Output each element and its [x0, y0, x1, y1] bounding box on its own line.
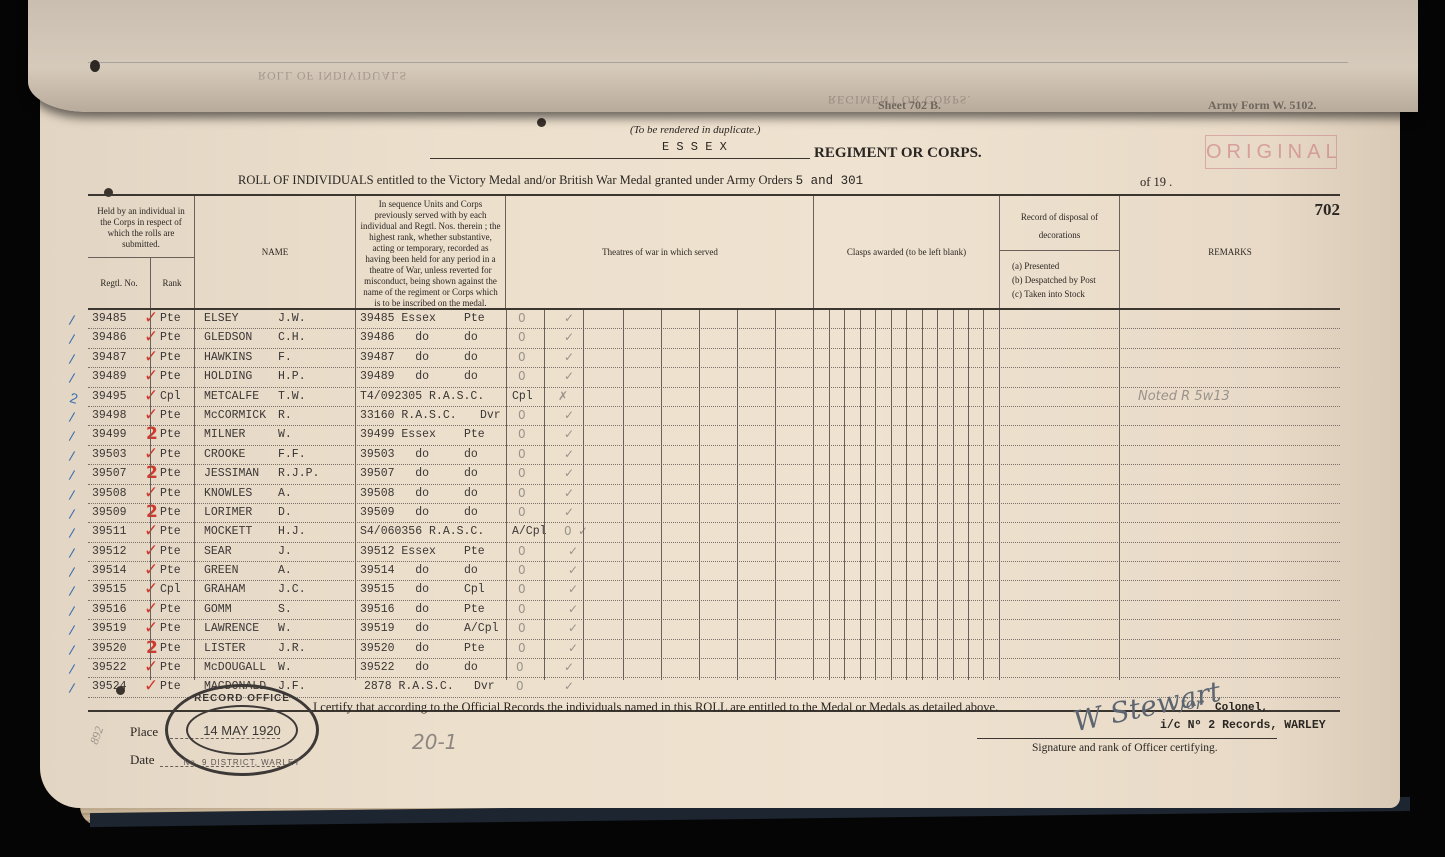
initials: F.F. [278, 446, 306, 464]
pencil-mark: 0 [518, 350, 526, 364]
disposal-option-a: (a) Presented [1012, 259, 1107, 273]
unit-rank: do [464, 485, 478, 503]
unit-served: 39508 do [360, 485, 429, 503]
stamp-date: 14 MAY 1920 [168, 723, 316, 738]
table-row: /394992PteMILNERW.39499 EssexPte0✓ [88, 426, 1340, 445]
surname: McDOUGALL [204, 659, 266, 677]
initials: H.J. [278, 523, 306, 541]
regtl-no: 39486 [92, 329, 127, 347]
remarks-header: REMARKS 702 [1120, 196, 1340, 308]
rank: Cpl [160, 388, 181, 406]
grid-line [891, 310, 892, 680]
surname: SEAR [204, 543, 232, 561]
regtl-no-header: Regtl. No. [88, 258, 151, 308]
previous-page-overlay: ROLL OF INDIVIDUALS REGIMENT OR CORPS. S… [28, 0, 1418, 112]
unit-rank: Cpl [512, 388, 533, 406]
grid-line [999, 310, 1000, 680]
regtl-no: 39507 [92, 465, 127, 483]
grid-line [937, 310, 938, 680]
red-check-icon: ✓ [144, 599, 158, 619]
surname: McCORMICK [204, 407, 266, 425]
unit-rank: Pte [464, 310, 485, 328]
table-header: Held by an individual in the Corps in re… [88, 196, 1340, 310]
of-year: of 19 . [1140, 175, 1172, 190]
grid-line [906, 310, 907, 680]
stamp-top-text: RECORD OFFICE [168, 693, 316, 704]
grid-line [699, 310, 700, 680]
regtl-no: 39498 [92, 407, 127, 425]
signature-line [977, 738, 1277, 739]
rank: Pte [160, 543, 181, 561]
unit-rank: Pte [464, 426, 485, 444]
regtl-no: 39519 [92, 620, 127, 638]
regtl-no: 39514 [92, 562, 127, 580]
table-row: /395072PteJESSIMANR.J.P.39507 dodo0✓ [88, 465, 1340, 484]
unit-served: 39519 do [360, 620, 429, 638]
surname: MILNER [204, 426, 245, 444]
initials: C.H. [278, 329, 306, 347]
form-label: Army Form W. 5102. [1208, 98, 1316, 113]
roll-title-prefix: ROLL OF INDIVIDUALS [238, 173, 374, 187]
grid-line [983, 310, 984, 680]
unit-served: 39512 Essex [360, 543, 436, 561]
stamp-bottom-text: No. 9 DISTRICT, WARLEY [168, 758, 316, 767]
pencil-mark: 0 [518, 621, 526, 635]
regtl-no: 39516 [92, 601, 127, 619]
table-row: /39519✓PteLAWRENCEW.39519 doA/Cpl0✓ [88, 620, 1340, 639]
table-row: /39522✓PteMcDOUGALLW.39522 dodo0✓ [88, 659, 1340, 678]
surname: GLEDSON [204, 329, 252, 347]
initials: W. [278, 426, 292, 444]
table-row: /39485✓PteELSEYJ.W.39485 EssexPte0✓ [88, 310, 1340, 329]
duplicate-note: (To be rendered in duplicate.) [630, 124, 760, 136]
unit-served: T4/092305 R.A.S.C. [360, 388, 484, 406]
rank: Pte [160, 446, 181, 464]
pencil-mark: 0 [518, 311, 526, 325]
unit-rank: do [464, 465, 478, 483]
grid-line [506, 310, 507, 680]
rank-header: Rank [150, 258, 194, 308]
name-header: NAME [195, 196, 356, 308]
initials: W. [278, 620, 292, 638]
regtl-no: 39522 [92, 659, 127, 677]
rank: Pte [160, 523, 181, 541]
date-label: Date [130, 752, 155, 768]
table-row: /39503✓PteCROOKEF.F.39503 dodo0✓ [88, 446, 1340, 465]
sheet-label: Sheet 702 B. [878, 98, 941, 113]
theatres-label: Theatres of war in which served [507, 196, 813, 308]
rank: Pte [160, 329, 181, 347]
regtl-no: 39503 [92, 446, 127, 464]
surname: LORIMER [204, 504, 252, 522]
name-label: NAME [195, 196, 355, 308]
rank: Pte [160, 620, 181, 638]
rank: Pte [160, 368, 181, 386]
red-check-icon: ✓ [144, 483, 158, 503]
red-check-icon: ✓ [144, 657, 158, 677]
unit-served: 39520 do [360, 640, 429, 658]
check-mark-icon: ✓ [564, 330, 574, 344]
initials: J. [278, 543, 292, 561]
rank: Pte [160, 640, 181, 658]
grid-line [813, 310, 814, 680]
table-row: /39508✓PteKNOWLESA.39508 dodo0✓ [88, 485, 1340, 504]
pencil-mark: 0 [564, 524, 572, 538]
pencil-mark: 0 [518, 408, 526, 422]
unit-rank: Pte [464, 640, 485, 658]
regtl-no: 39485 [92, 310, 127, 328]
red-check-icon: ✓ [144, 618, 158, 638]
original-stamp: ORIGINAL [1205, 135, 1337, 169]
unit-served: 39489 do [360, 368, 429, 386]
unit-served: S4/060356 R.A.S.C. [360, 523, 484, 541]
grid-line [875, 310, 876, 680]
regtl-no: 39515 [92, 581, 127, 599]
rank: Pte [160, 504, 181, 522]
unit-rank: Dvr [480, 407, 501, 425]
surname: METCALFE [204, 388, 259, 406]
pencil-mark: 0 [518, 486, 526, 500]
red-check-icon: ✓ [144, 521, 158, 541]
pencil-mark: 0 [518, 369, 526, 383]
unit-rank: do [464, 504, 478, 522]
table-row: /39487✓PteHAWKINSF.39487 dodo0✓ [88, 349, 1340, 368]
disposal-option-c: (c) Taken into Stock [1012, 287, 1107, 301]
unit-served: 39522 do [360, 659, 429, 677]
red-check-icon: ✓ [144, 327, 158, 347]
rank: Pte [160, 310, 181, 328]
initials: S. [278, 601, 292, 619]
surname: LISTER [204, 640, 245, 658]
surname: CROOKE [204, 446, 245, 464]
initials: J.R. [278, 640, 306, 658]
table-row: /395092PteLORIMERD.39509 dodo0✓ [88, 504, 1340, 523]
regiment-underline [430, 158, 810, 159]
regtl-no: 39495 [92, 388, 127, 406]
certification-text: I certify that according to the Official… [313, 700, 998, 715]
check-mark-icon: ✓ [568, 544, 578, 558]
initials: W. [278, 659, 292, 677]
army-orders: 5 and 301 [796, 174, 864, 188]
grid-line [355, 310, 356, 680]
unit-served: 39507 do [360, 465, 429, 483]
roll-title-body: entitled to the Victory Medal and/or Bri… [377, 173, 793, 187]
unit-served: 39516 do [360, 601, 429, 619]
table-row: /39516✓PteGOMMS.39516 doPte0✓ [88, 601, 1340, 620]
pencil-mark: 0 [518, 544, 526, 558]
unit-rank: do [464, 329, 478, 347]
grid-line [623, 310, 624, 680]
table-row: /39515✓CplGRAHAMJ.C.39515 doCpl0✓ [88, 581, 1340, 600]
table-row: /39514✓PteGREENA.39514 dodo0✓ [88, 562, 1340, 581]
unit-served: 2878 R.A.S.C. [364, 678, 454, 696]
regtl-no: 39508 [92, 485, 127, 503]
check-mark-icon: ✓ [568, 563, 578, 577]
check-mark-icon: ✓ [564, 408, 574, 422]
red-check-icon: ✓ [144, 579, 158, 599]
unit-rank: A/Cpl [512, 523, 547, 541]
regtl-no: 39524 [92, 678, 127, 696]
theatres-header: Theatres of war in which served [507, 196, 814, 308]
remarks-label: REMARKS [1120, 196, 1340, 308]
units-header: In sequence Units and Corps previously s… [356, 196, 506, 308]
punch-hole-icon [90, 60, 100, 72]
pencil-mark: 0 [518, 505, 526, 519]
unit-served: 39509 do [360, 504, 429, 522]
surname: GREEN [204, 562, 239, 580]
red-check-icon: ✓ [144, 444, 158, 464]
punch-hole-icon [537, 118, 546, 127]
regiment-name: E S S E X [662, 140, 727, 154]
rank-label: Rank [150, 258, 194, 308]
red-check-icon: ✓ [144, 386, 158, 406]
regtl-no: 39487 [92, 349, 127, 367]
grid-line [829, 310, 830, 680]
grid-line [968, 310, 969, 680]
unit-served: 39515 do [360, 581, 429, 599]
red-check-icon: ✓ [144, 366, 158, 386]
grid-line [953, 310, 954, 680]
pencil-mark: 0 [518, 427, 526, 441]
surname: LAWRENCE [204, 620, 259, 638]
unit-served: 39485 Essex [360, 310, 436, 328]
unit-rank: Cpl [464, 581, 485, 599]
surname: HAWKINS [204, 349, 252, 367]
held-by-text: Held by an individual in the Corps in re… [88, 196, 194, 258]
table-row: /39498✓PteMcCORMICKR.33160 R.A.S.C.Dvr0✓ [88, 407, 1340, 426]
regtl-no: 39509 [92, 504, 127, 522]
grid-line [150, 310, 151, 680]
initials: J.C. [278, 581, 306, 599]
unit-served: 39499 Essex [360, 426, 436, 444]
place-label: Place [130, 724, 158, 740]
disposal-header: Record of disposal of decorations (a) Pr… [1000, 196, 1120, 308]
check-mark-icon: ✓ [568, 582, 578, 596]
signature-caption: Signature and rank of Officer certifying… [1032, 742, 1218, 754]
regtl-no: 39512 [92, 543, 127, 561]
pencil-mark: 0 [518, 641, 526, 655]
red-mark: 2 [146, 463, 158, 483]
red-check-icon: ✓ [144, 676, 158, 696]
red-check-icon: ✓ [144, 560, 158, 580]
clasps-label: Clasps awarded (to be left blank) [814, 196, 999, 308]
unit-rank: do [464, 368, 478, 386]
held-by-header: Held by an individual in the Corps in re… [88, 196, 195, 308]
grid-line [860, 310, 861, 680]
check-mark-icon: ✓ [568, 602, 578, 616]
regtl-no: 39489 [92, 368, 127, 386]
grid-line [775, 310, 776, 680]
cross-mark-icon: ✗ [558, 389, 568, 403]
grid-line [583, 310, 584, 680]
rank: Pte [160, 485, 181, 503]
check-mark-icon: ✓ [564, 660, 574, 674]
initials: R.J.P. [278, 465, 319, 483]
pencil-mark: 0 [518, 602, 526, 616]
table-body: /39485✓PteELSEYJ.W.39485 EssexPte0✓ /394… [88, 310, 1340, 698]
surname: MOCKETT [204, 523, 252, 541]
surname: GOMM [204, 601, 232, 619]
surname: ELSEY [204, 310, 239, 328]
regtl-no: 39511 [92, 523, 127, 541]
unit-served: 39503 do [360, 446, 429, 464]
table-row: /39511✓PteMOCKETTH.J.S4/060356 R.A.S.C.A… [88, 523, 1340, 542]
unit-rank: A/Cpl [464, 620, 499, 638]
unit-rank: do [464, 659, 478, 677]
check-mark-icon: ✓ [564, 486, 574, 500]
unit-rank: do [464, 446, 478, 464]
officer-rank: Colonel, [1215, 702, 1268, 714]
grid-line [737, 310, 738, 680]
rank: Cpl [160, 581, 181, 599]
rank: Pte [160, 659, 181, 677]
unit-rank: do [464, 349, 478, 367]
roll-table: Held by an individual in the Corps in re… [88, 194, 1340, 712]
page-number: 702 [1315, 204, 1341, 215]
disposal-option-b: (b) Despatched by Post [1012, 273, 1107, 287]
check-mark-icon: ✓ [564, 466, 574, 480]
officer-unit: i/c Nº 2 Records, WARLEY [1160, 719, 1326, 732]
initials: D. [278, 504, 292, 522]
table-row: /395202PteLISTERJ.R.39520 doPte0✓ [88, 640, 1340, 659]
pencil-mark: 0 [518, 330, 526, 344]
table-row: /39512✓PteSEARJ.39512 EssexPte0✓ [88, 543, 1340, 562]
roll-title: ROLL OF INDIVIDUALS entitled to the Vict… [238, 173, 863, 188]
previous-page-rule [88, 62, 1348, 63]
red-mark: 2 [146, 502, 158, 522]
red-check-icon: ✓ [144, 405, 158, 425]
rank: Pte [160, 407, 181, 425]
rank: Pte [160, 562, 181, 580]
regtl-no-label: Regtl. No. [88, 258, 150, 308]
table-row: /39489✓PteHOLDINGH.P.39489 dodo0✓ [88, 368, 1340, 387]
grid-line [544, 310, 545, 680]
pencil-mark: 0 [518, 582, 526, 596]
unit-rank: Pte [464, 543, 485, 561]
unit-rank: Dvr [474, 678, 495, 696]
pencil-mark: 0 [516, 660, 524, 674]
rank: Pte [160, 349, 181, 367]
check-mark-icon: ✓ [564, 679, 574, 693]
table-row: 239495✓CplMETCALFET.W.T4/092305 R.A.S.C.… [88, 388, 1340, 407]
grid-line [844, 310, 845, 680]
red-check-icon: ✓ [144, 347, 158, 367]
initials: A. [278, 562, 292, 580]
check-mark-icon: ✓ [564, 311, 574, 325]
grid-line [922, 310, 923, 680]
check-mark-icon: ✓ [564, 350, 574, 364]
grid-line [661, 310, 662, 680]
pencil-mark: 0 [518, 466, 526, 480]
regiment-suffix: REGIMENT OR CORPS. [814, 145, 982, 162]
disposal-title: Record of disposal of decorations [1000, 196, 1119, 251]
pencil-mark: 0 [516, 679, 524, 693]
unit-served: 39487 do [360, 349, 429, 367]
unit-served: 39514 do [360, 562, 429, 580]
rank: Pte [160, 601, 181, 619]
regtl-no: 39520 [92, 640, 127, 658]
unit-served: 39486 do [360, 329, 429, 347]
grid-line [194, 310, 195, 680]
check-mark-icon: ✓ [564, 427, 574, 441]
initials: T.W. [278, 388, 306, 406]
unit-served: 33160 R.A.S.C. [360, 407, 457, 425]
regtl-no: 39499 [92, 426, 127, 444]
initials: F. [278, 349, 292, 367]
check-mark-icon: ✓ [568, 621, 578, 635]
grid-line [1119, 310, 1120, 680]
red-mark: 2 [146, 424, 158, 444]
record-office-stamp: RECORD OFFICE 14 MAY 1920 No. 9 DISTRICT… [165, 684, 319, 776]
clasps-header: Clasps awarded (to be left blank) [814, 196, 1000, 308]
red-check-icon: ✓ [144, 308, 158, 328]
surname: JESSIMAN [204, 465, 259, 483]
surname: GRAHAM [204, 581, 245, 599]
unit-rank: Pte [464, 601, 485, 619]
table-row: /39486✓PteGLEDSONC.H.39486 dodo0✓ [88, 329, 1340, 348]
initials: H.P. [278, 368, 306, 386]
initials: A. [278, 485, 292, 503]
remark-text: Noted R 5w13 [1138, 389, 1230, 404]
red-mark: 2 [146, 638, 158, 658]
initials: J.W. [278, 310, 306, 328]
check-mark-icon: ✓ [564, 505, 574, 519]
unit-rank: do [464, 562, 478, 580]
pencil-mark: 0 [518, 563, 526, 577]
check-mark-icon: ✓ [564, 369, 574, 383]
for-mark: for [1180, 694, 1203, 713]
previous-page-ghost-text: ROLL OF INDIVIDUALS [258, 68, 407, 83]
surname: KNOWLES [204, 485, 252, 503]
check-mark-icon: ✓ [568, 641, 578, 655]
surname: HOLDING [204, 368, 252, 386]
pencil-mark: 0 [518, 447, 526, 461]
initials: R. [278, 407, 292, 425]
red-check-icon: ✓ [144, 541, 158, 561]
rank: Pte [160, 465, 181, 483]
pencil-note: 20-1 [412, 730, 457, 754]
rank: Pte [160, 426, 181, 444]
check-mark-icon: ✓ [564, 447, 574, 461]
